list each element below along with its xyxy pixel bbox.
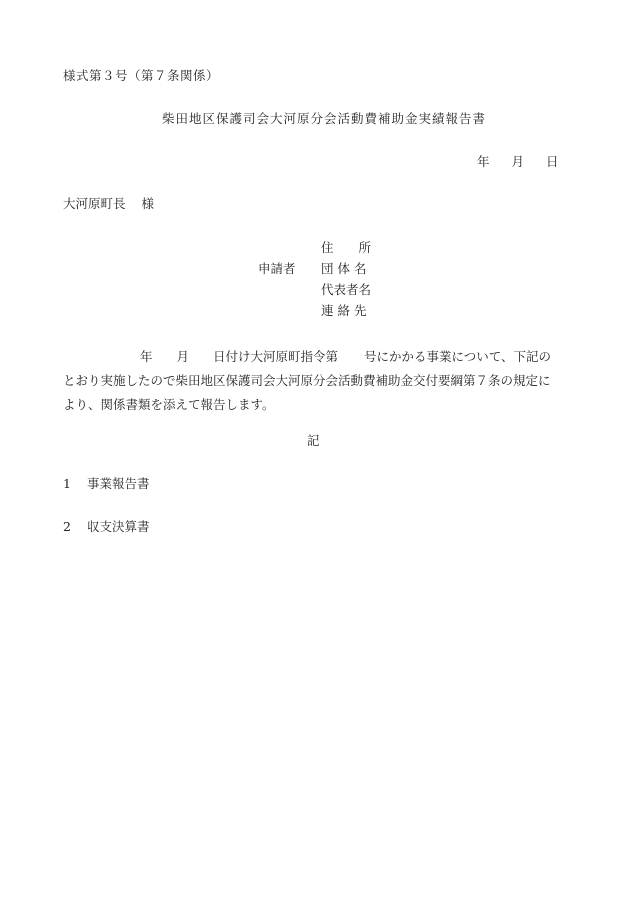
date-year: 年 [477,152,490,170]
body-day-text: 日付け大河原町指令第 [213,349,338,364]
form-number: 様式第３号（第７条関係） [63,66,219,84]
addressee-honorific: 様 [142,196,155,211]
field-organization: 団 体 名 [321,258,371,279]
body-line-3: より、関係書類を添えて報告します。 [63,393,583,417]
ki-heading: 記 [307,431,320,449]
addressee: 大河原町長様 [63,194,154,212]
body-paragraph: 年月日付け大河原町指令第号にかかる事業について、下記の とおり実施したので柴田地… [63,345,583,417]
list-item: 2収支決算書 [63,517,150,535]
body-month: 月 [177,349,190,364]
date-day: 日 [546,152,559,170]
field-address: 住 所 [321,237,371,258]
field-contact: 連 絡 先 [321,300,371,321]
document-title: 柴田地区保護司会大河原分会活動費補助金実績報告書 [162,109,486,127]
body-line-1: 年月日付け大河原町指令第号にかかる事業について、下記の [63,345,583,369]
date-month: 月 [512,152,525,170]
applicant-fields: 住 所 団 体 名 代表者名 連 絡 先 [321,237,371,321]
body-rest-line1: 号にかかる事業について、下記の [364,349,551,364]
item-number: 1 [63,476,87,491]
item-label: 収支決算書 [87,519,150,534]
applicant-label: 申請者 [258,259,296,277]
body-year: 年 [140,349,153,364]
body-line-2: とおり実施したので柴田地区保護司会大河原分会活動費補助金交付要綱第７条の規定に [63,369,583,393]
field-representative: 代表者名 [321,279,371,300]
date-line: 年月日 [477,152,559,170]
item-number: 2 [63,519,87,534]
list-item: 1事業報告書 [63,474,150,492]
addressee-name: 大河原町長 [63,196,126,211]
item-label: 事業報告書 [87,476,150,491]
